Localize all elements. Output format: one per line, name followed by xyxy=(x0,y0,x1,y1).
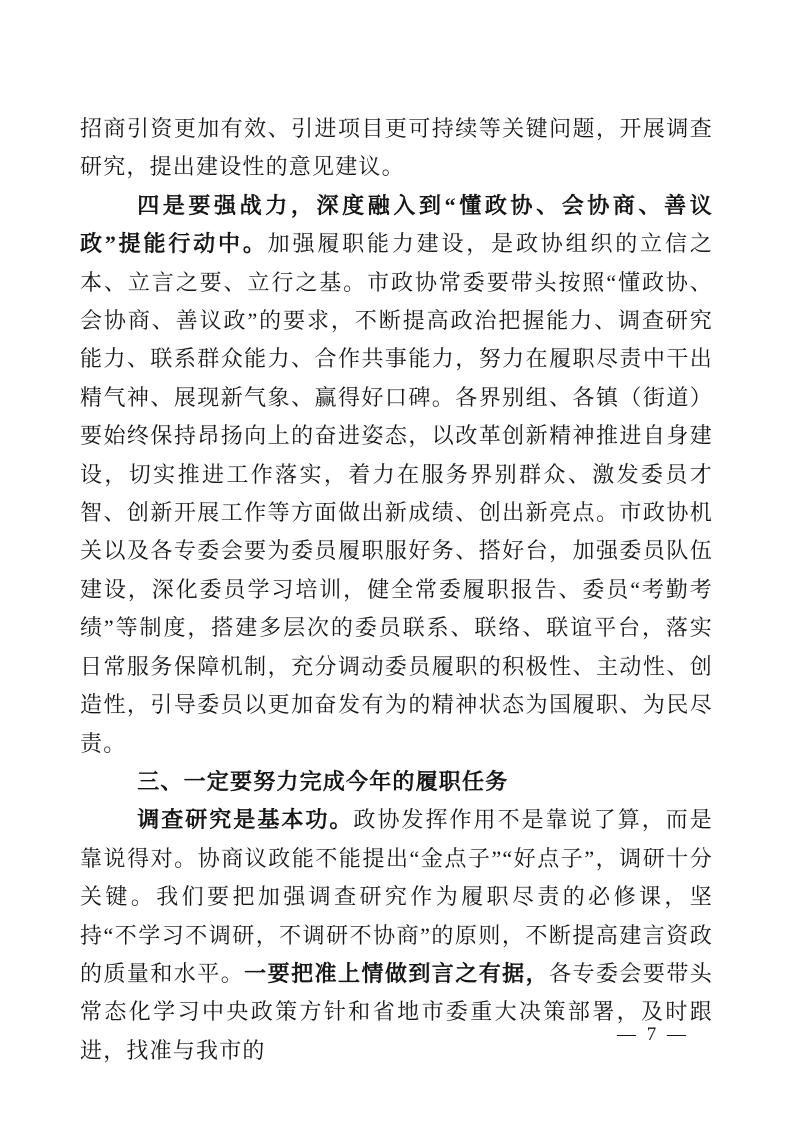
body-text: 政协发挥作用不是靠说了算，而是靠说得对。协商议政能不能提出“金点子”“好点子”，… xyxy=(80,807,713,986)
paragraph: 四是要强战力，深度融入到“懂政协、会协商、善议政”提能行动中。加强履职能力建设，… xyxy=(80,187,713,763)
emphasis-text: 调查研究是基本功。 xyxy=(137,807,353,832)
page-number: — 7 — xyxy=(617,1024,689,1046)
body-text: 招商引资更加有效、引进项目更可持续等关键问题，开展调查研究，提出建设性的意见建议… xyxy=(80,116,713,179)
body-text: 加强履职能力建设，是政协组织的立信之本、立言之要、立行之基。市政协常委要带头按照… xyxy=(80,231,713,755)
emphasis-text: 一要把准上情做到言之有据， xyxy=(244,961,549,986)
paragraph: 招商引资更加有效、引进项目更可持续等关键问题，开展调查研究，提出建设性的意见建议… xyxy=(80,110,713,187)
document-page: 招商引资更加有效、引进项目更可持续等关键问题，开展调查研究，提出建设性的意见建议… xyxy=(0,0,793,1122)
section-heading: 三、一定要努力完成今年的履职任务 xyxy=(80,763,713,801)
emphasis-text: 三、一定要努力完成今年的履职任务 xyxy=(137,769,508,794)
document-body: 招商引资更加有效、引进项目更可持续等关键问题，开展调查研究，提出建设性的意见建议… xyxy=(80,110,713,1070)
